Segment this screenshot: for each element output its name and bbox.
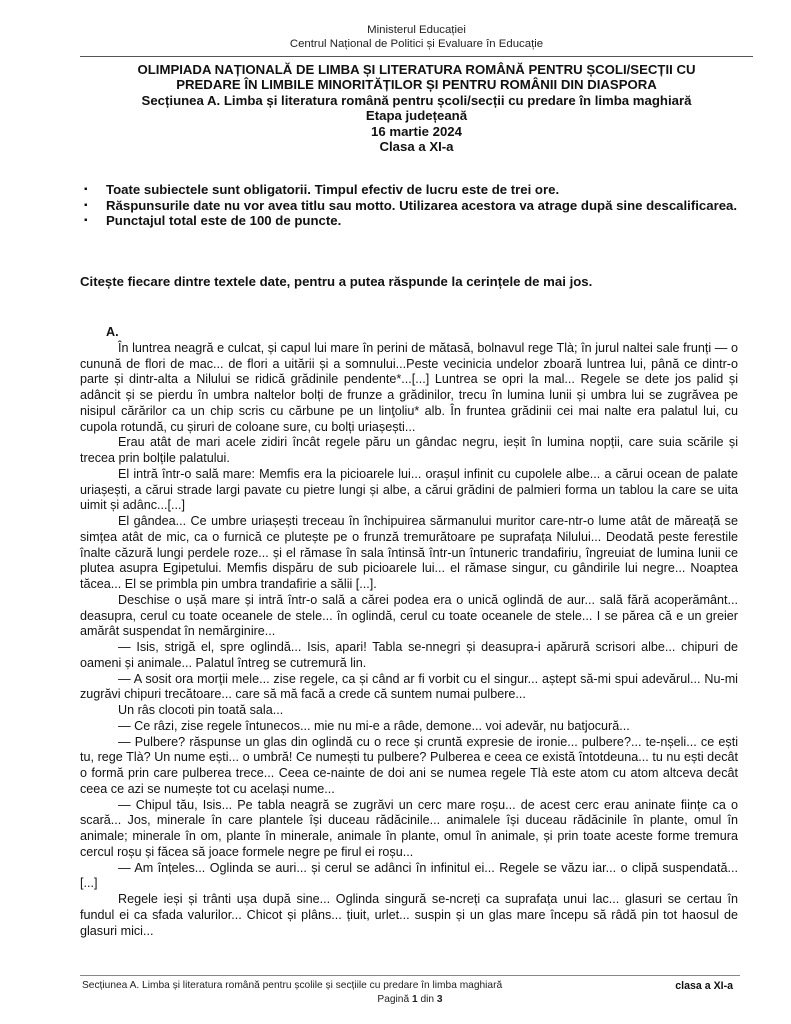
exam-title-block: OLIMPIADA NAȚIONALĂ DE LIMBA ȘI LITERATU… bbox=[80, 62, 753, 154]
passage-paragraph: Erau atât de mari acele zidiri încât reg… bbox=[80, 435, 738, 467]
footer-divider bbox=[80, 975, 740, 976]
center-name: Centrul Național de Politici și Evaluare… bbox=[80, 37, 753, 51]
footer-grade: clasa a XI-a bbox=[675, 980, 733, 992]
grade-title: Clasa a XI-a bbox=[80, 139, 753, 154]
rule-item: ▪ Răspunsurile date nu vor avea titlu sa… bbox=[80, 198, 740, 214]
bullet-icon: ▪ bbox=[84, 213, 88, 229]
footer-section: Secțiunea A. Limba și literatura română … bbox=[82, 980, 502, 991]
passage-paragraph: — A sosit ora morții mele... zise regele… bbox=[80, 672, 738, 704]
rule-item: ▪ Toate subiectele sunt obligatorii. Tim… bbox=[80, 182, 740, 198]
bullet-icon: ▪ bbox=[84, 198, 88, 214]
passage-paragraph: — Pulbere? răspunse un glas din oglindă … bbox=[80, 735, 738, 798]
rule-item: ▪ Punctajul total este de 100 de puncte. bbox=[80, 213, 740, 229]
bullet-icon: ▪ bbox=[84, 182, 88, 198]
passage-paragraph: Deschise o ușă mare și intră într-o sală… bbox=[80, 593, 738, 640]
passage-paragraph: Un râs clocoti pin toată sala... bbox=[80, 703, 738, 719]
page-header: Ministerul Educației Centrul Național de… bbox=[80, 23, 753, 51]
stage-title: Etapa județeană bbox=[80, 108, 753, 123]
passage-paragraph: El intră într-o sală mare: Memfis era la… bbox=[80, 467, 738, 514]
total-pages: 3 bbox=[437, 994, 443, 1005]
exam-page: Ministerul Educației Centrul Național de… bbox=[0, 0, 791, 1024]
section-title: Secțiunea A. Limba și literatura română … bbox=[80, 93, 753, 108]
title-line-1: OLIMPIADA NAȚIONALĂ DE LIMBA ȘI LITERATU… bbox=[80, 62, 753, 77]
ministry-name: Ministerul Educației bbox=[80, 23, 753, 37]
title-line-2: PREDARE ÎN LIMBILE MINORITĂȚILOR ȘI PENT… bbox=[80, 77, 753, 92]
passage-paragraph: — Isis, strigă el, spre oglindă... Isis,… bbox=[80, 640, 738, 672]
header-divider bbox=[80, 56, 753, 57]
text-a-label: A. bbox=[80, 325, 738, 341]
passage-paragraph: — Am înțeles... Oglinda se auri... și ce… bbox=[80, 861, 738, 893]
passage-paragraph: Regele ieși și trânti ușa după sine... O… bbox=[80, 892, 738, 939]
passage-paragraph: — Chipul tău, Isis... Pe tabla neagră se… bbox=[80, 798, 738, 861]
passage-paragraph: El gândea... Ce umbre uriașești treceau … bbox=[80, 514, 738, 593]
exam-date: 16 martie 2024 bbox=[80, 124, 753, 139]
text-a-passage: A. În luntrea neagră e culcat, și capul … bbox=[80, 325, 738, 939]
passage-paragraph: — Ce râzi, zise regele întunecos... mie … bbox=[80, 719, 738, 735]
rules-list: ▪ Toate subiectele sunt obligatorii. Tim… bbox=[80, 182, 740, 229]
reading-instruction: Citește fiecare dintre textele date, pen… bbox=[80, 274, 740, 290]
page-number: Pagină 1 din 3 bbox=[80, 994, 740, 1005]
passage-paragraph: În luntrea neagră e culcat, și capul lui… bbox=[80, 341, 738, 436]
